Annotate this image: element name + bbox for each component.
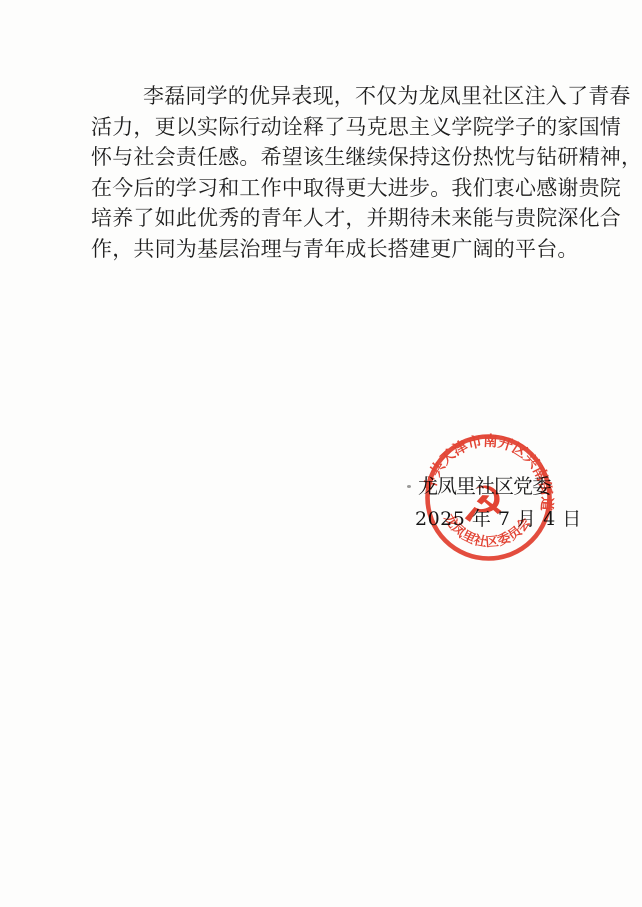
paragraph-line: 作，共同为基层治理与青年成长搭建更广阔的平台。	[91, 234, 553, 265]
paragraph-line: 在今后的学习和工作中取得更大进步。我们衷心感谢贵院	[91, 173, 553, 204]
hammer-sickle-icon: ☭	[461, 476, 506, 534]
official-red-seal: 中共天津市南开区兴南街道 龙凤里社区委员会 ☭	[418, 427, 559, 568]
scan-speck	[407, 485, 411, 488]
scanned-letter-page: 李磊同学的优异表现，不仅为龙凤里社区注入了青春 活力，更以实际行动诠释了马克思主…	[0, 0, 642, 907]
letter-body: 李磊同学的优异表现，不仅为龙凤里社区注入了青春 活力，更以实际行动诠释了马克思主…	[91, 81, 553, 264]
paragraph-line: 培养了如此优秀的青年人才，并期待未来能与贵院深化合	[91, 203, 553, 234]
paragraph-line: 活力，更以实际行动诠释了马克思主义学院学子的家国情	[91, 112, 553, 143]
paragraph-line: 李磊同学的优异表现，不仅为龙凤里社区注入了青春	[91, 81, 553, 112]
paragraph-line: 怀与社会责任感。希望该生继续保持这份热忱与钻研精神，	[91, 142, 553, 173]
